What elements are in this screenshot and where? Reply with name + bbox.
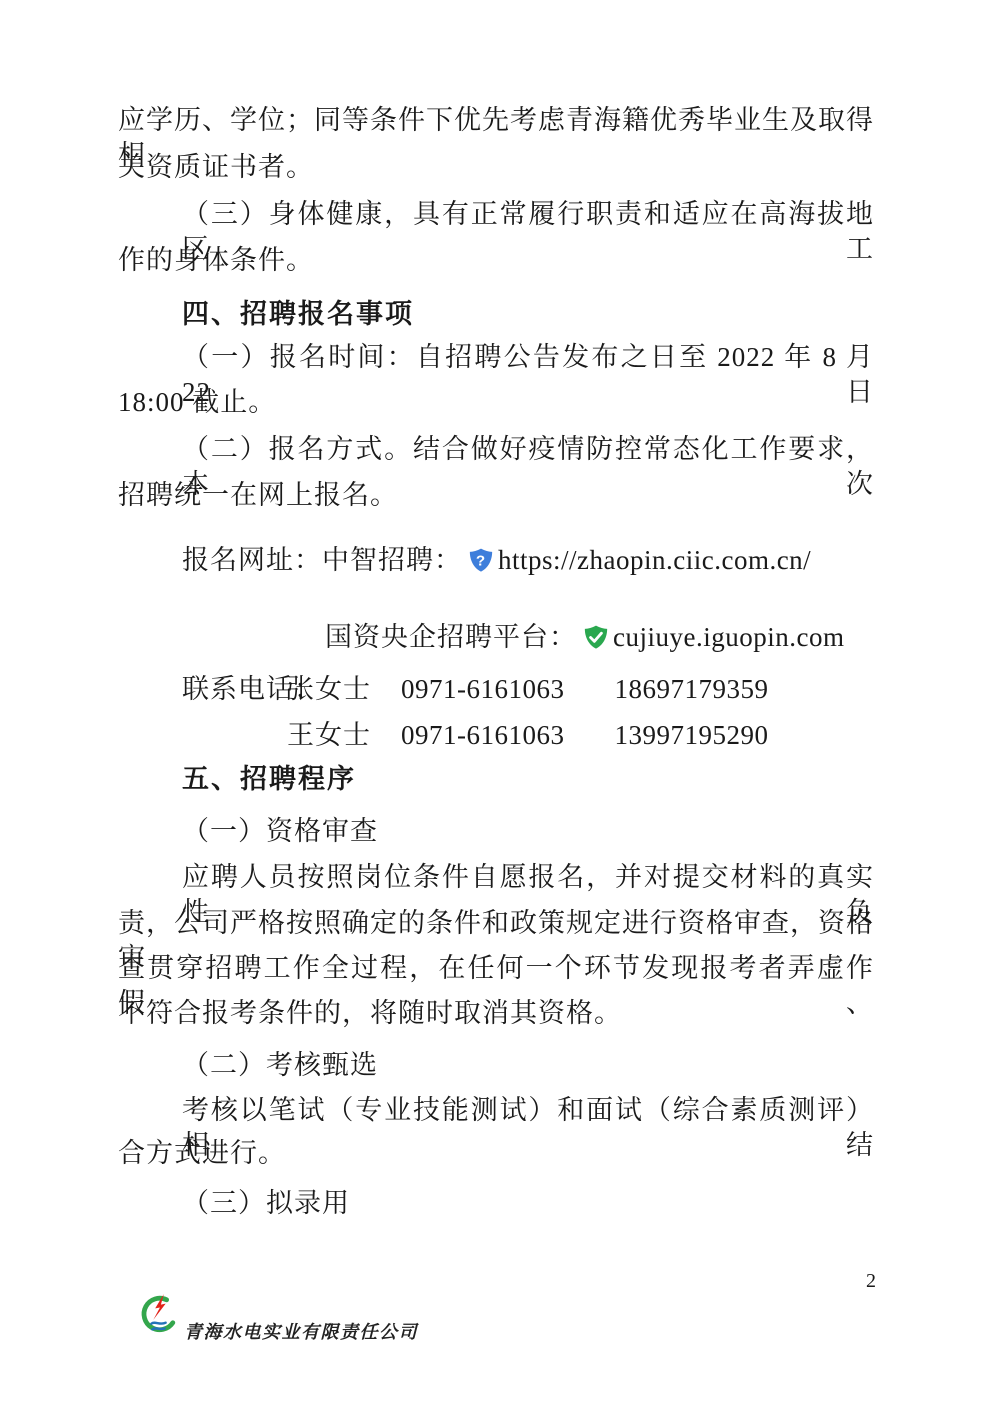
- body-line: 关资质证书者。: [118, 150, 314, 185]
- body-line: 作的身体条件。: [118, 243, 314, 278]
- body-line: 18:00 截止。: [118, 385, 276, 420]
- registration-site-2: 国资央企招聘平台： cujiuye.iguopin.com: [325, 620, 844, 655]
- contact-2-mobile: 13997195290: [615, 718, 769, 753]
- contact-1-name: 张女士: [287, 672, 371, 707]
- contact-2-phone: 0971-6161063: [401, 718, 565, 753]
- document-page: 应学历、学位；同等条件下优先考虑青海籍优秀毕业生及取得相 关资质证书者。 （三）…: [0, 0, 1000, 1414]
- contact-1-phone: 0971-6161063: [401, 672, 565, 707]
- sub-heading: （一）资格审查: [182, 814, 378, 849]
- verified-shield-icon: [583, 624, 609, 650]
- section-heading-5: 五、招聘程序: [182, 762, 356, 797]
- registration-site-1-label: 报名网址：中智招聘：: [182, 545, 462, 575]
- question-shield-icon: ?: [468, 547, 494, 573]
- body-line: 招聘统一在网上报名。: [118, 478, 398, 513]
- registration-site-1: 报名网址：中智招聘： ? https://zhaopin.ciic.com.cn…: [182, 543, 811, 578]
- sub-heading: （三）拟录用: [182, 1186, 350, 1221]
- sub-heading: （二）考核甄选: [182, 1048, 378, 1083]
- registration-site-2-url[interactable]: cujiuye.iguopin.com: [613, 622, 844, 652]
- svg-text:?: ?: [476, 552, 486, 569]
- page-number: 2: [866, 1270, 876, 1293]
- contact-line-2: 王女士0971-616106313997195290: [287, 718, 769, 753]
- contact-line-1: 联系电话：张女士0971-616106318697179359: [182, 672, 769, 707]
- registration-site-1-url[interactable]: https://zhaopin.ciic.com.cn/: [498, 545, 811, 575]
- body-line: （一）报名时间：自招聘公告发布之日至 2022 年 8 月 22 日: [182, 340, 874, 410]
- contact-label: 联系电话：: [182, 672, 287, 707]
- body-line: 合方式进行。: [118, 1136, 286, 1171]
- footer-company-name: 青海水电实业有限责任公司: [184, 1318, 418, 1344]
- registration-site-2-label: 国资央企招聘平台：: [325, 622, 577, 652]
- body-line: 不符合报考条件的，将随时取消其资格。: [118, 996, 622, 1031]
- contact-2-name: 王女士: [287, 718, 371, 753]
- contact-1-mobile: 18697179359: [615, 672, 769, 707]
- section-heading-4: 四、招聘报名事项: [182, 297, 414, 332]
- company-logo: [138, 1292, 180, 1342]
